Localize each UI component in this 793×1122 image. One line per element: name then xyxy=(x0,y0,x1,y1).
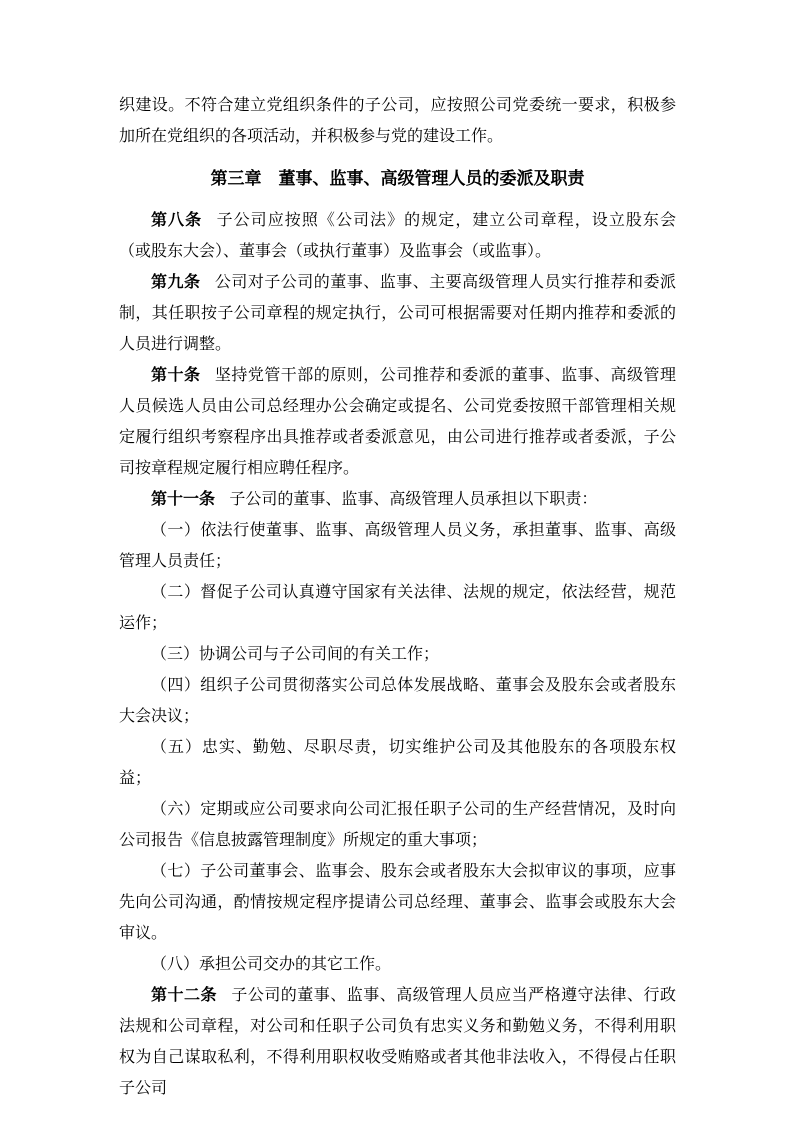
document-page: 织建设。不符合建立党组织条件的子公司，应按照公司党委统一要求，积极参加所在党组织… xyxy=(0,0,793,1122)
item-text: （八）承担公司交办的其它工作。 xyxy=(151,956,391,973)
article-11-item-5: （五）忠实、勤勉、尽职尽责，切实维护公司及其他股东的各项股东权益； xyxy=(119,732,676,794)
article-number: 第十条 xyxy=(151,367,200,384)
article-9: 第九条公司对子公司的董事、监事、主要高级管理人员实行推荐和委派制，其任职按子公司… xyxy=(119,267,676,360)
article-number: 第九条 xyxy=(151,274,200,291)
article-12: 第十二条子公司的董事、监事、高级管理人员应当严格遵守法律、行政法规和公司章程，对… xyxy=(119,980,676,1104)
item-text: （五）忠实、勤勉、尽职尽责，切实维护公司及其他股东的各项股东权益； xyxy=(119,739,676,787)
article-number: 第十一条 xyxy=(151,491,215,508)
item-text: （六）定期或应公司要求向公司汇报任职子公司的生产经营情况，及时向公司报告《信息披… xyxy=(119,801,676,849)
article-text: 子公司应按照《公司法》的规定，建立公司章程，设立股东会（或股东大会）、董事会（或… xyxy=(119,212,676,260)
article-number: 第八条 xyxy=(151,212,202,229)
article-text: 子公司的董事、监事、高级管理人员承担以下职责： xyxy=(229,491,597,508)
article-10: 第十条坚持党管干部的原则，公司推荐和委派的董事、监事、高级管理人员候选人员由公司… xyxy=(119,360,676,484)
chapter-heading: 第三章 董事、监事、高级管理人员的委派及职责 xyxy=(119,163,676,194)
article-11-item-6: （六）定期或应公司要求向公司汇报任职子公司的生产经营情况，及时向公司报告《信息披… xyxy=(119,794,676,856)
item-text: （二）督促子公司认真遵守国家有关法律、法规的规定，依法经营，规范运作； xyxy=(119,584,676,632)
item-text: （三）协调公司与子公司间的有关工作； xyxy=(151,646,439,663)
item-text: （一）依法行使董事、监事、高级管理人员义务，承担董事、监事、高级管理人员责任； xyxy=(119,522,676,570)
article-11-item-7: （七）子公司董事会、监事会、股东会或者股东大会拟审议的事项，应事先向公司沟通，酌… xyxy=(119,856,676,949)
article-11-item-8: （八）承担公司交办的其它工作。 xyxy=(119,949,676,980)
article-number: 第十二条 xyxy=(151,987,217,1004)
article-text: 坚持党管干部的原则，公司推荐和委派的董事、监事、高级管理人员候选人员由公司总经理… xyxy=(119,367,676,477)
item-text: （四）组织子公司贯彻落实公司总体发展战略、董事会及股东会或者股东大会决议； xyxy=(119,677,676,725)
article-11-item-4: （四）组织子公司贯彻落实公司总体发展战略、董事会及股东会或者股东大会决议； xyxy=(119,670,676,732)
paragraph-text: 织建设。不符合建立党组织条件的子公司，应按照公司党委统一要求，积极参加所在党组织… xyxy=(119,97,676,145)
paragraph-continuation: 织建设。不符合建立党组织条件的子公司，应按照公司党委统一要求，积极参加所在党组织… xyxy=(119,90,676,152)
item-text: （七）子公司董事会、监事会、股东会或者股东大会拟审议的事项，应事先向公司沟通，酌… xyxy=(119,863,676,942)
article-8: 第八条子公司应按照《公司法》的规定，建立公司章程，设立股东会（或股东大会）、董事… xyxy=(119,205,676,267)
article-11-item-2: （二）督促子公司认真遵守国家有关法律、法规的规定，依法经营，规范运作； xyxy=(119,577,676,639)
article-text: 公司对子公司的董事、监事、主要高级管理人员实行推荐和委派制，其任职按子公司章程的… xyxy=(119,274,676,353)
article-11: 第十一条子公司的董事、监事、高级管理人员承担以下职责： xyxy=(119,484,676,515)
article-11-item-3: （三）协调公司与子公司间的有关工作； xyxy=(119,639,676,670)
article-11-item-1: （一）依法行使董事、监事、高级管理人员义务，承担董事、监事、高级管理人员责任； xyxy=(119,515,676,577)
